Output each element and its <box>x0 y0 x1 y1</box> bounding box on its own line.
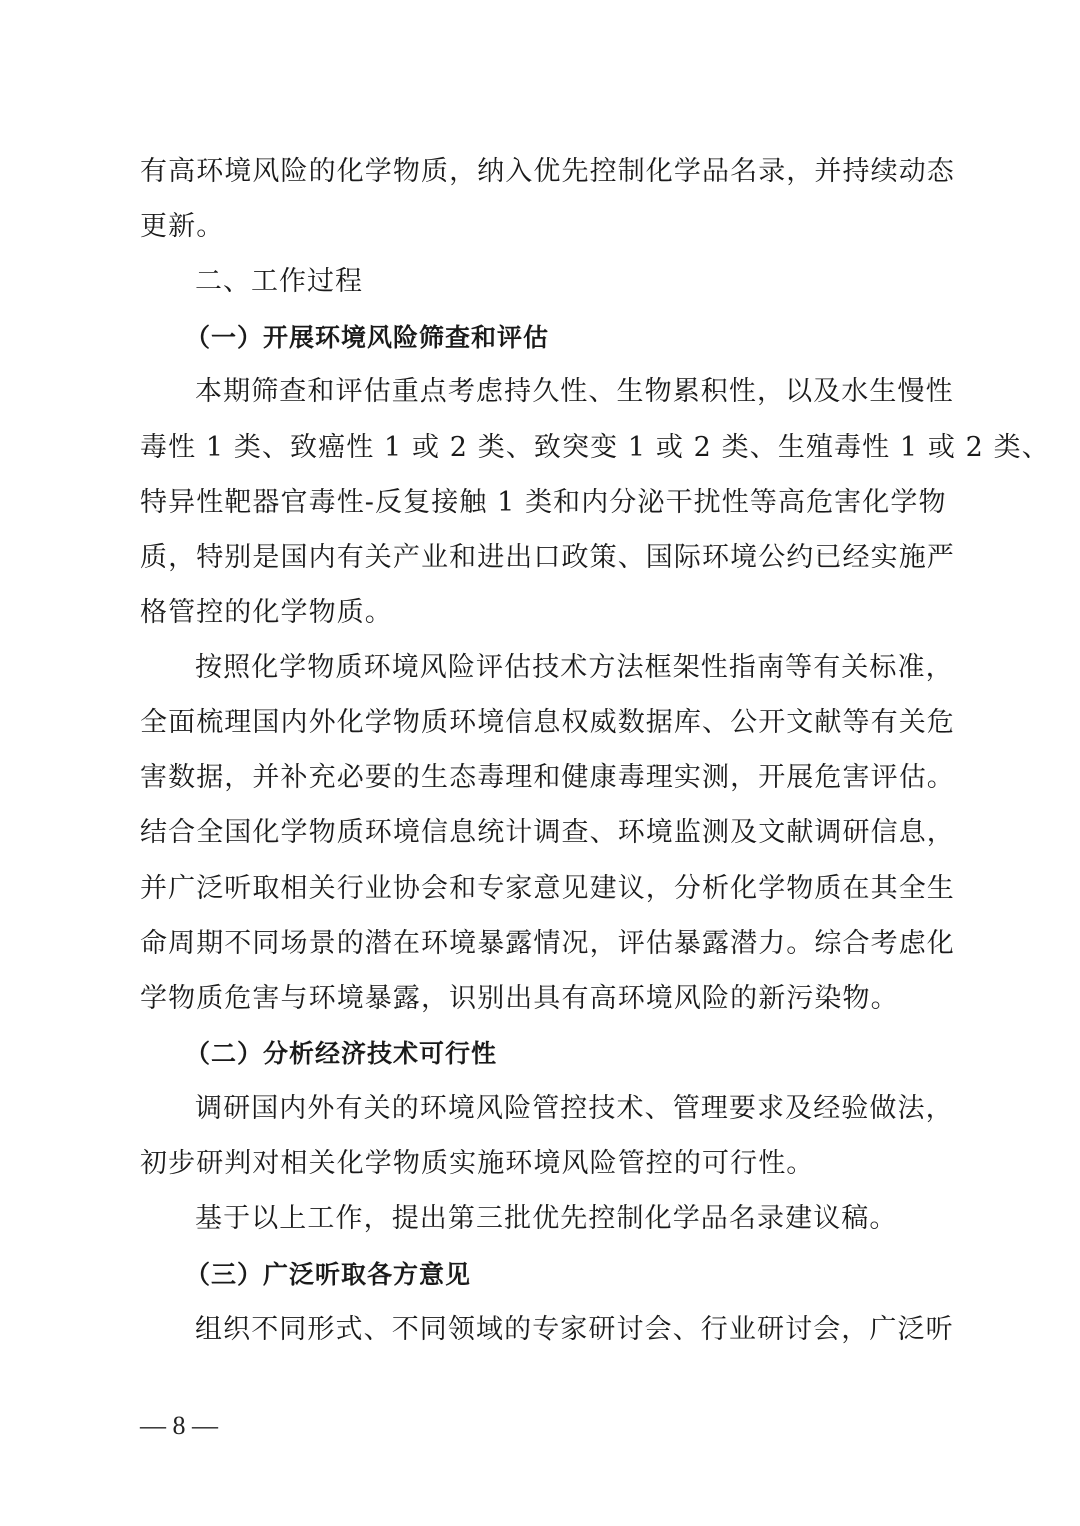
body-text-line: 全面梳理国内外化学物质环境信息权威数据库、公开文献等有关危 <box>140 703 940 743</box>
subsection-heading: （二）分析经济技术可行性 <box>185 1034 985 1074</box>
body-text-line: 组织不同形式、不同领域的专家研讨会、行业研讨会，广泛听 <box>195 1310 940 1350</box>
subsection-heading: （一）开展环境风险筛查和评估 <box>185 318 985 358</box>
body-text-line: 初步研判对相关化学物质实施环境风险管控的可行性。 <box>140 1144 940 1184</box>
subsection-heading: （三）广泛听取各方意见 <box>185 1255 985 1295</box>
body-text-line: 更新。 <box>140 207 940 247</box>
body-text-line: 命周期不同场景的潜在环境暴露情况，评估暴露潜力。综合考虑化 <box>140 924 940 964</box>
body-text-line: 害数据，并补充必要的生态毒理和健康毒理实测，开展危害评估。 <box>140 758 940 798</box>
body-text-line: 按照化学物质环境风险评估技术方法框架性指南等有关标准， <box>195 648 940 688</box>
body-text-line: 毒性 1 类、致癌性 1 或 2 类、致突变 1 或 2 类、生殖毒性 1 或 … <box>140 428 940 468</box>
body-text-line: 调研国内外有关的环境风险管控技术、管理要求及经验做法， <box>195 1089 940 1129</box>
section-heading: 二、工作过程 <box>195 262 940 302</box>
body-text-line: 并广泛听取相关行业协会和专家意见建议，分析化学物质在其全生 <box>140 869 940 909</box>
body-text-line: 质，特别是国内有关产业和进出口政策、国际环境公约已经实施严 <box>140 538 940 578</box>
body-text-line: 特异性靶器官毒性-反复接触 1 类和内分泌干扰性等高危害化学物 <box>140 483 940 523</box>
body-text-line: 格管控的化学物质。 <box>140 593 940 633</box>
body-text-line: 有高环境风险的化学物质，纳入优先控制化学品名录，并持续动态 <box>140 152 940 192</box>
document-page: 有高环境风险的化学物质，纳入优先控制化学品名录，并持续动态 更新。 二、工作过程… <box>0 0 1080 1526</box>
body-text-line: 学物质危害与环境暴露，识别出具有高环境风险的新污染物。 <box>140 979 940 1019</box>
body-text-line: 本期筛查和评估重点考虑持久性、生物累积性，以及水生慢性 <box>195 372 940 412</box>
body-text-line: 结合全国化学物质环境信息统计调查、环境监测及文献调研信息， <box>140 813 940 853</box>
body-text-line: 基于以上工作，提出第三批优先控制化学品名录建议稿。 <box>195 1199 940 1239</box>
page-number: — 8 — <box>140 1408 218 1444</box>
